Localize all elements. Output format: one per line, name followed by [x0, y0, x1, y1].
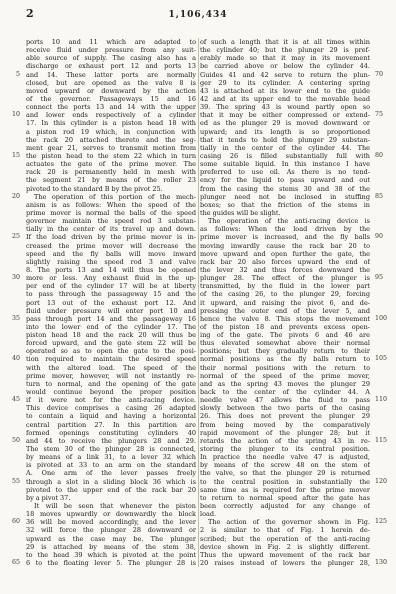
text-line: more or less. Any exhaust fluid in the u… — [26, 274, 196, 282]
text-line: the lever 32 and thus forces downward th… — [200, 266, 370, 274]
text-line: fluid under pressure will enter port 10 … — [26, 307, 196, 315]
line-number-spacer — [375, 510, 396, 518]
text-line: ing of the gate. The pivots 6 and 46 are — [200, 331, 370, 339]
text-line: The operation of this portion of the mec… — [26, 193, 196, 201]
text-line: by means of a link 31, to a lever 32 whi… — [26, 453, 196, 461]
text-line: preferred to use oil. As there is no ten… — [200, 168, 370, 176]
text-line: a piston rod 19 which, in conjunction wi… — [26, 128, 196, 136]
text-line: erably made so that it may in its moveme… — [200, 54, 370, 62]
line-number: 50 — [0, 437, 20, 445]
line-number-spacer — [375, 225, 396, 233]
text-line: rapid movement of the plunger 28; but it — [200, 429, 370, 437]
text-line: pivoted to the upper end of the rack bar… — [26, 486, 196, 494]
text-line: the valve, so that the plunger 29 is ret… — [200, 469, 370, 477]
text-line: 43 is attached at its lower end to the g… — [200, 87, 370, 95]
line-number-spacer — [375, 209, 396, 217]
line-number-spacer — [0, 144, 20, 152]
line-number-spacer — [0, 429, 20, 437]
text-line: needle valve 47 allows the fluid to pass — [200, 396, 370, 404]
text-line: and lower ends respectively of a cylinde… — [26, 111, 196, 119]
text-line: it upward, and raising the pivot 6, and … — [200, 299, 370, 307]
line-number: 35 — [0, 315, 20, 323]
text-line: would continue beyond the proper positio… — [26, 388, 196, 396]
line-number-spacer — [375, 469, 396, 477]
line-number: 70 — [375, 71, 396, 79]
line-number-spacer — [375, 290, 396, 298]
line-number-spacer — [0, 136, 20, 144]
line-number-spacer — [0, 46, 20, 54]
line-number-spacer — [0, 331, 20, 339]
text-line: the guides will be slight. — [200, 209, 370, 217]
line-number-spacer — [375, 128, 396, 136]
line-number-spacer — [375, 323, 396, 331]
line-number-spacer — [0, 469, 20, 477]
line-number-spacer — [0, 551, 20, 559]
line-number-spacer — [375, 95, 396, 103]
text-line: the rack 20 attached thereto and the seg… — [26, 136, 196, 144]
text-line: of the casing 26, to the plunger 29, for… — [200, 290, 370, 298]
line-number: 90 — [375, 233, 396, 241]
text-line: Guides 41 and 42 serve to return the plu… — [200, 71, 370, 79]
text-line: anism is as follows: When the speed of t… — [26, 201, 196, 209]
line-number-spacer — [0, 461, 20, 469]
line-number-spacer — [375, 282, 396, 290]
line-number-spacer — [375, 372, 396, 380]
text-line: actuates the gate of the prime mover. Th… — [26, 160, 196, 168]
line-number-spacer — [0, 380, 20, 388]
text-line: as follows: When the load driven by the — [200, 225, 370, 233]
line-number-spacer — [0, 160, 20, 168]
text-line: casing 26 is filled substantially full w… — [200, 152, 370, 160]
margin-left: 5101520253035404550556065 — [0, 38, 26, 567]
text-line: to the central position in substantially… — [200, 478, 370, 486]
text-line: device shown in Fig. 2 is slightly diffe… — [200, 543, 370, 551]
text-line: In practice the needle valve 47 is adjus… — [200, 453, 370, 461]
text-line: that it tends to hold the plunger 29 sub… — [200, 136, 370, 144]
line-number-spacer — [0, 225, 20, 233]
text-line: 32 will force the plunger 28 downward or — [26, 526, 196, 534]
line-number: 15 — [0, 152, 20, 160]
line-number: 115 — [375, 437, 396, 445]
line-number-spacer — [375, 201, 396, 209]
line-number: 100 — [375, 315, 396, 323]
text-line: from being moved by the comparatively — [200, 421, 370, 429]
line-number-spacer — [0, 494, 20, 502]
line-number-spacer — [375, 388, 396, 396]
line-number-spacer — [375, 404, 396, 412]
line-number-spacer — [0, 535, 20, 543]
text-line: moving inwardly cause the rack bar 20 to — [200, 242, 370, 250]
line-number-spacer — [375, 54, 396, 62]
line-number: 40 — [0, 355, 20, 363]
line-number-spacer — [375, 266, 396, 274]
text-line: receive fluid under pressure from any su… — [26, 46, 196, 54]
text-line: able source of supply. The casing also h… — [26, 54, 196, 62]
line-number-spacer — [375, 347, 396, 355]
line-number-spacer — [0, 453, 20, 461]
line-number-spacer — [0, 87, 20, 95]
text-line: tially in the center of its travel up an… — [26, 225, 196, 233]
line-number-spacer — [0, 421, 20, 429]
text-line: if it were not for the anti-racing devic… — [26, 396, 196, 404]
column-left: ports 10 and 11 which are adapted torece… — [26, 38, 196, 567]
line-number-spacer — [0, 103, 20, 111]
line-number-spacer — [0, 299, 20, 307]
line-number-spacer — [375, 331, 396, 339]
text-line: upward as the case may be. The plunger — [26, 535, 196, 543]
patent-number: 1,106,434 — [0, 10, 396, 20]
line-number-spacer — [0, 412, 20, 420]
text-line: port 13 out of the exhaust port 12. And — [26, 299, 196, 307]
text-line: load. — [200, 510, 370, 518]
text-line: tially in the center of the cylinder 44.… — [200, 144, 370, 152]
line-number: 110 — [375, 396, 396, 404]
line-number-spacer — [375, 176, 396, 184]
line-number-spacer — [375, 486, 396, 494]
line-number-spacer — [375, 364, 396, 372]
line-number-spacer — [375, 299, 396, 307]
text-line: slowly between the two parts of the casi… — [200, 404, 370, 412]
line-number: 120 — [375, 478, 396, 486]
text-line: prime mover, however, will not instantly… — [26, 372, 196, 380]
line-number-spacer — [375, 62, 396, 70]
line-number-spacer — [375, 412, 396, 420]
line-number-spacer — [375, 46, 396, 54]
text-line: prime mover is normal the balls of the s… — [26, 209, 196, 217]
line-number-spacer — [0, 38, 20, 46]
line-number-spacer — [375, 429, 396, 437]
text-line: of the piston 18 and prevents excess ope… — [200, 323, 370, 331]
text-line: per end of the cylinder 17 will be at li… — [26, 282, 196, 290]
line-number-spacer — [0, 307, 20, 315]
text-line: to contain a liquid and having a horizon… — [26, 412, 196, 420]
text-line: boxes; so that the friction of the stems… — [200, 201, 370, 209]
text-line: 2 is similar to that of Fig. 1 herein de… — [200, 526, 370, 534]
text-line: creased the prime mover will decrease th… — [26, 242, 196, 250]
line-number-spacer — [375, 445, 396, 453]
text-line: plunger 28. The effect of the plunger is — [200, 274, 370, 282]
text-line: the segment 21 by means of the roller 23 — [26, 176, 196, 184]
text-line: 29 is attached by means of the stem 38, — [26, 543, 196, 551]
line-number-spacer — [0, 217, 20, 225]
line-number-spacer — [375, 119, 396, 127]
text-line: with the altered load. The speed of the — [26, 364, 196, 372]
text-line: their normal positions with the return t… — [200, 364, 370, 372]
line-number-spacer — [0, 95, 20, 103]
line-number-spacer — [0, 347, 20, 355]
line-number-spacer — [375, 79, 396, 87]
line-number-spacer — [375, 144, 396, 152]
text-line: normal positions as the fly balls return… — [200, 355, 370, 363]
line-number-spacer — [0, 79, 20, 87]
line-number-spacer — [0, 54, 20, 62]
text-line: to the head 39 which is pivoted at the p… — [26, 551, 196, 559]
line-number-spacer — [0, 242, 20, 250]
line-number-spacer — [375, 502, 396, 510]
line-number-spacer — [0, 543, 20, 551]
line-number: 105 — [375, 355, 396, 363]
text-line: from the casing the stems 30 and 38 of t… — [200, 185, 370, 193]
line-number-spacer — [0, 266, 20, 274]
line-number: 30 — [0, 274, 20, 282]
text-line: 20 raises instead of lowers the plunger … — [200, 559, 370, 567]
text-line: The action of the governor shown in Fig. — [200, 518, 370, 526]
text-line: piston head 18 and the rack 20 will thus… — [26, 331, 196, 339]
line-number-spacer — [0, 445, 20, 453]
text-line: The stem 30 of the plunger 28 is connect… — [26, 445, 196, 453]
text-line: central partition 27. In this partition … — [26, 421, 196, 429]
line-number-spacer — [0, 250, 20, 258]
text-line: same time as is required for the prime m… — [200, 486, 370, 494]
text-line: slightly raising the speed rod 3 and val… — [26, 258, 196, 266]
text-line: retards the action of the spring 43 in r… — [200, 437, 370, 445]
margin-right: 707580859095100105110115120125130 — [370, 38, 396, 567]
text-line: turn to normal, and the opening of the g… — [26, 380, 196, 388]
line-number-spacer — [0, 176, 20, 184]
line-number-spacer — [0, 339, 20, 347]
text-line: pivoted to the standard B by the pivot 2… — [26, 185, 196, 193]
text-line: Thus the upward movement of the rack bar — [200, 551, 370, 559]
text-line: discharge or exhaust port 12 and ports 1… — [26, 62, 196, 70]
line-number-spacer — [375, 103, 396, 111]
line-number-spacer — [0, 364, 20, 372]
line-number-spacer — [0, 185, 20, 193]
line-number: 75 — [375, 111, 396, 119]
text-line: some suitable liquid. In this instance I… — [200, 160, 370, 168]
line-number: 95 — [375, 274, 396, 282]
line-number: 60 — [0, 518, 20, 526]
text-line: formed openings constituting cylinders 4… — [26, 429, 196, 437]
line-number-spacer — [375, 250, 396, 258]
text-line: moved upward or downward by the action — [26, 87, 196, 95]
column-right: of such a length that it is at all times… — [200, 38, 370, 567]
text-line: 18 moves upwardly or downwardly the bloc… — [26, 510, 196, 518]
text-line: of such a length that it is at all times… — [200, 38, 370, 46]
text-line: forced upward, and the gate stem 22 will… — [26, 339, 196, 347]
line-number-spacer — [0, 486, 20, 494]
text-line: 6 to the floating lever 5. The plunger 2… — [26, 559, 196, 567]
text-line: 26. This does not prevent the plunger 29 — [200, 412, 370, 420]
text-line: prime mover is increased, and the fly ba… — [200, 233, 370, 241]
text-line: transmitted, by the fluid in the lower p… — [200, 282, 370, 290]
text-line: 39. The spring 43 is wound partly open s… — [200, 103, 370, 111]
text-line: through a slot in a sliding block 36 whi… — [26, 478, 196, 486]
line-number-spacer — [375, 87, 396, 95]
line-number: 80 — [375, 152, 396, 160]
line-number-spacer — [0, 372, 20, 380]
line-number-spacer — [375, 307, 396, 315]
line-number-spacer — [375, 258, 396, 266]
line-number-spacer — [375, 494, 396, 502]
text-line: into the lower end of the cylinder 17. T… — [26, 323, 196, 331]
line-number: 65 — [0, 559, 20, 567]
line-number: 130 — [375, 559, 396, 567]
text-line: and 14. These latter ports are normally — [26, 71, 196, 79]
text-line: thus elevated somewhat above their norma… — [200, 339, 370, 347]
text-line: It will be seen that whenever the piston — [26, 502, 196, 510]
text-line: If the load driven by the prime mover is… — [26, 233, 196, 241]
line-number-spacer — [0, 526, 20, 534]
text-line: A. One arm of the lever passes freely — [26, 469, 196, 477]
line-number-spacer — [375, 168, 396, 176]
text-line: positions; but they gradually return to … — [200, 347, 370, 355]
text-line: closed, but are opened as the valve 8 is — [26, 79, 196, 87]
text-line: plunger need not be inclosed in stuffing — [200, 193, 370, 201]
text-line: to pass through the passageway 15 and th… — [26, 290, 196, 298]
text-line: been correctly adjusted for any change o… — [200, 502, 370, 510]
line-number-spacer — [0, 201, 20, 209]
line-number-spacer — [0, 128, 20, 136]
line-number: 25 — [0, 233, 20, 241]
text-line: and 44 to receive the plungers 28 and 29… — [26, 437, 196, 445]
line-number-spacer — [0, 323, 20, 331]
text-line: rack bar 20 also forces upward the end o… — [200, 258, 370, 266]
line-number-spacer — [375, 453, 396, 461]
text-line: operated so as to open the gate to the p… — [26, 347, 196, 355]
line-number-spacer — [375, 185, 396, 193]
text-line: the piston head to the stem 22 which in … — [26, 152, 196, 160]
text-line: governor maintain the speed rod 3 substa… — [26, 217, 196, 225]
patent-page: 2 1,106,434 5101520253035404550556065 po… — [0, 0, 396, 594]
text-line: This device comprises a casing 26 adapte… — [26, 404, 196, 412]
line-number: 85 — [375, 193, 396, 201]
text-line: move upward and open further the gate, t… — [200, 250, 370, 258]
line-number-spacer — [0, 62, 20, 70]
line-number-spacer — [0, 502, 20, 510]
text-line: 36 will be moved accordingly, and the le… — [26, 518, 196, 526]
text-line: pressing the outer end of the lever 5, a… — [200, 307, 370, 315]
text-line: be carried above or below the cylinder 4… — [200, 62, 370, 70]
line-number-spacer — [375, 535, 396, 543]
text-line: The operation of the anti-racing device … — [200, 217, 370, 225]
text-line: speed and the fly balls will move inward — [26, 250, 196, 258]
line-number-spacer — [0, 510, 20, 518]
text-body: 5101520253035404550556065 ports 10 and 1… — [0, 38, 396, 567]
line-number-spacer — [0, 282, 20, 290]
text-line: ency for the liquid to pass upward and o… — [200, 176, 370, 184]
line-number: 45 — [0, 396, 20, 404]
line-number-spacer — [0, 290, 20, 298]
text-line: 17. In this cylinder is a piston head 18… — [26, 119, 196, 127]
line-number-spacer — [0, 119, 20, 127]
line-number-spacer — [375, 421, 396, 429]
line-number-spacer — [375, 38, 396, 46]
text-line: is pivoted at 33 to an arm on the standa… — [26, 461, 196, 469]
text-line: hence the valve 8. This stops the moveme… — [200, 315, 370, 323]
line-number-spacer — [375, 380, 396, 388]
text-line: upward; and its length is so proportione… — [200, 128, 370, 136]
line-number-spacer — [375, 461, 396, 469]
text-line: 8. The ports 13 and 14 will thus be open… — [26, 266, 196, 274]
line-number-spacer — [375, 551, 396, 559]
line-number-spacer — [0, 209, 20, 217]
text-line: the cylinder 40; but the plunger 29 is p… — [200, 46, 370, 54]
text-line: rack 20 is permanently held in mesh with — [26, 168, 196, 176]
text-line: to return to normal speed after the gate… — [200, 494, 370, 502]
text-line: connect the ports 13 and 14 with the upp… — [26, 103, 196, 111]
text-line: tion required to maintain the desired sp… — [26, 355, 196, 363]
text-line: of the governor. Passageways 15 and 16 — [26, 95, 196, 103]
line-number: 125 — [375, 518, 396, 526]
line-number-spacer — [375, 339, 396, 347]
text-line: ed as the plunger 29 is moved downward o… — [200, 119, 370, 127]
text-line: 42 and at its upper end to the movable h… — [200, 95, 370, 103]
text-line: scribed; but the operation of the anti-r… — [200, 535, 370, 543]
text-line: and as the spring 43 moves the plunger 2… — [200, 380, 370, 388]
text-line: ment gear 21, serves to transmit motion … — [26, 144, 196, 152]
line-number: 20 — [0, 193, 20, 201]
text-line: back to the center of the cylinder 44. A — [200, 388, 370, 396]
line-number-spacer — [375, 136, 396, 144]
text-line: by means of the screw 48 on the stem of — [200, 461, 370, 469]
line-number: 55 — [0, 478, 20, 486]
line-number: 5 — [0, 71, 20, 79]
line-number-spacer — [0, 388, 20, 396]
text-line: normal of the speed of the prime mover, — [200, 372, 370, 380]
line-number-spacer — [375, 160, 396, 168]
line-number-spacer — [375, 543, 396, 551]
text-line: by a pivot 37. — [26, 494, 196, 502]
line-number-spacer — [0, 168, 20, 176]
column-rule — [198, 38, 199, 567]
line-number-spacer — [375, 526, 396, 534]
text-line: ger 29 to its cylinder. A centering spri… — [200, 79, 370, 87]
line-number-spacer — [0, 404, 20, 412]
text-line: that it may be either compressed or exte… — [200, 111, 370, 119]
text-line: storing the plunger to its central posit… — [200, 445, 370, 453]
text-line: ports 10 and 11 which are adapted to — [26, 38, 196, 46]
text-line: pass through port 14 and the passageway … — [26, 315, 196, 323]
line-number-spacer — [375, 217, 396, 225]
line-number: 10 — [0, 111, 20, 119]
line-number-spacer — [375, 242, 396, 250]
line-number-spacer — [0, 258, 20, 266]
